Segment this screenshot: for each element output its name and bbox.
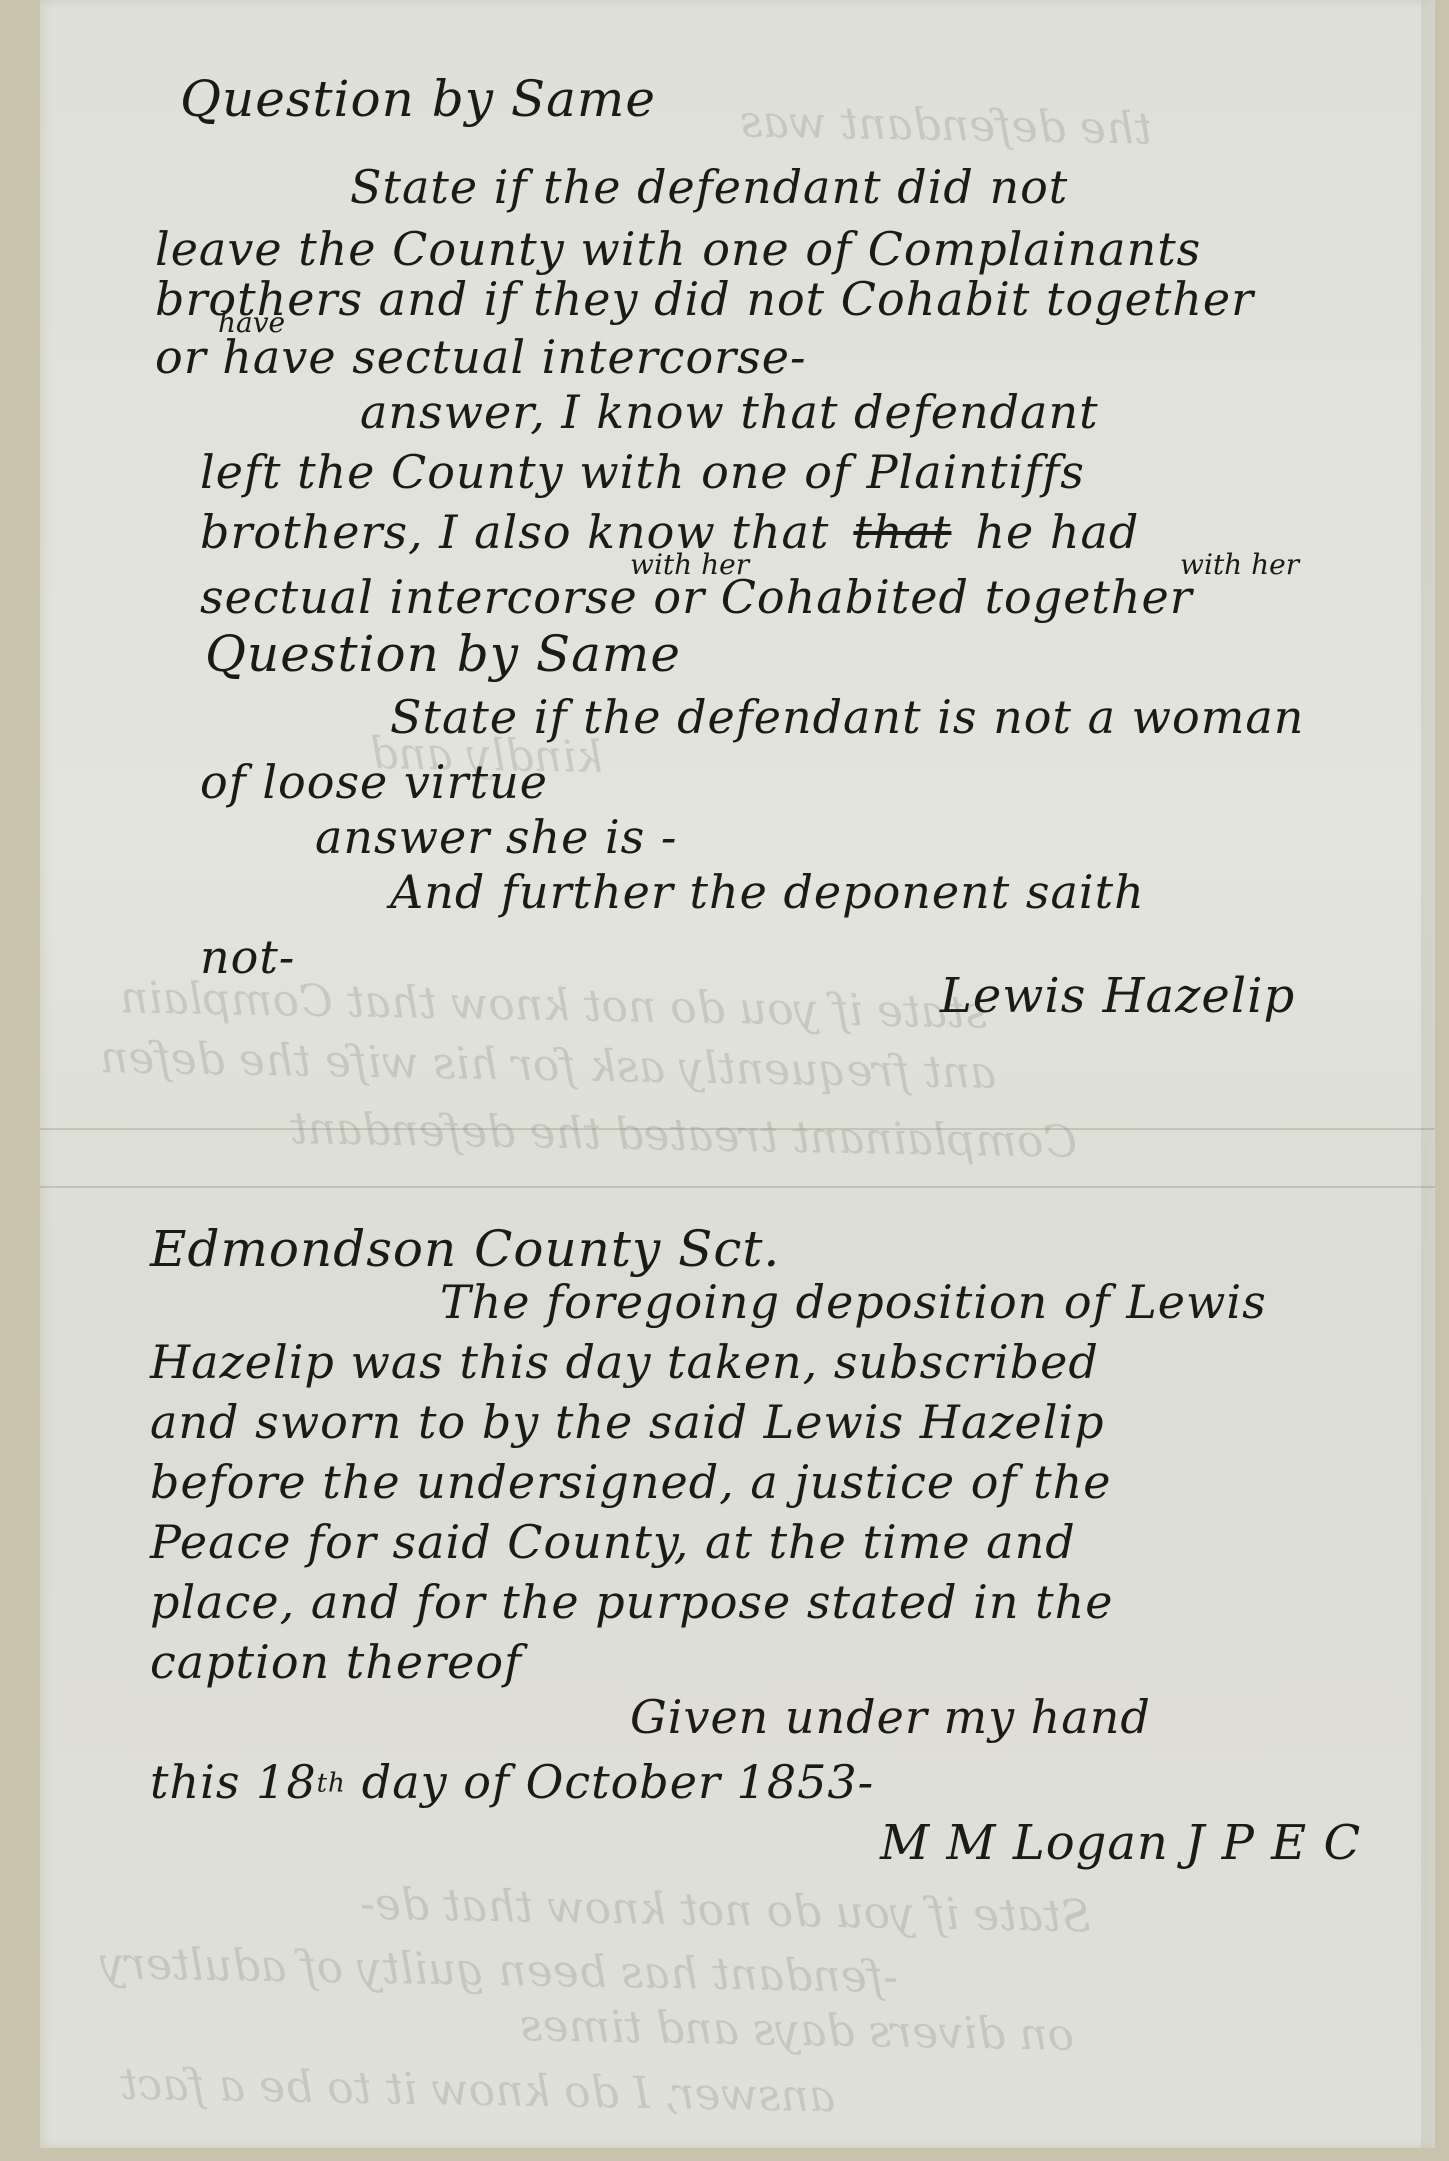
date-line: this 18th day of October 1853- [150, 1755, 874, 1809]
closing-text-line: And further the deponent saith [390, 865, 1145, 919]
certificate-text-line: place, and for the purpose stated in the [150, 1575, 1113, 1629]
deponent-signature: Lewis Hazelip [940, 968, 1295, 1024]
certificate-text-line: and sworn to by the said Lewis Hazelip [150, 1395, 1105, 1449]
bleed-through-text: Complainant treated the defendant [290, 1103, 1078, 1168]
answer-text-line: answer she is - [315, 810, 677, 864]
justice-signature: M M Logan J P E C [880, 1815, 1361, 1871]
question-text-line: or have sectual intercorse- [155, 330, 807, 384]
interlinear-insertion: with her [1180, 548, 1299, 581]
venue-heading: Edmondson County Sct. [150, 1220, 780, 1278]
bleed-through-text: the defendant was [740, 96, 1153, 154]
question-text-line: brothers and if they did not Cohabit tog… [155, 272, 1254, 326]
bleed-through-text: on divers days and times [520, 2000, 1075, 2061]
certificate-text-line: Given under my hand [630, 1690, 1151, 1744]
question-heading: Question by Same [180, 70, 656, 128]
answer-text-line: left the County with one of Plaintiffs [200, 445, 1085, 499]
certificate-text-line: before the undersigned, a justice of the [150, 1455, 1111, 1509]
certificate-text-line: caption thereof [150, 1635, 522, 1689]
bleed-through-text: State if you do not know that de- [360, 1879, 1092, 1943]
certificate-text-line: The foregoing deposition of Lewis [440, 1275, 1267, 1329]
question-text-line: State if the defendant is not a woman [390, 690, 1304, 744]
question-heading: Question by Same [205, 625, 681, 683]
answer-text: he had [975, 505, 1139, 559]
question-text-line: of loose virtue [200, 755, 548, 809]
date-suffix: day of October 1853- [362, 1755, 874, 1809]
page-edge [1421, 0, 1435, 2148]
certificate-text-line: Hazelip was this day taken, subscribed [150, 1335, 1099, 1389]
manuscript-page: the defendant was state if you do not kn… [40, 0, 1435, 2148]
bleed-through-text: -fendant has been guilty of adultery [100, 1938, 899, 2003]
bleed-through-text: ant frequently ask for his wife the defe… [100, 1032, 997, 1099]
question-text-line: State if the defendant did not [350, 160, 1068, 214]
struck-word: that [853, 505, 951, 559]
scanned-document: the defendant was state if you do not kn… [0, 0, 1449, 2161]
certificate-text-line: Peace for said County, at the time and [150, 1515, 1076, 1569]
closing-text-line: not- [200, 930, 295, 984]
answer-text-line: sectual intercorse or Cohabited together [200, 570, 1193, 624]
date-ordinal: th [317, 1769, 346, 1799]
fold-crease [40, 1186, 1435, 1188]
question-text-line: leave the County with one of Complainant… [155, 222, 1201, 276]
bleed-through-text: answer, I do know it to be a fact [120, 2059, 836, 2122]
date-prefix: this 18 [150, 1755, 317, 1809]
answer-text-line: answer, I know that defendant [360, 385, 1099, 439]
